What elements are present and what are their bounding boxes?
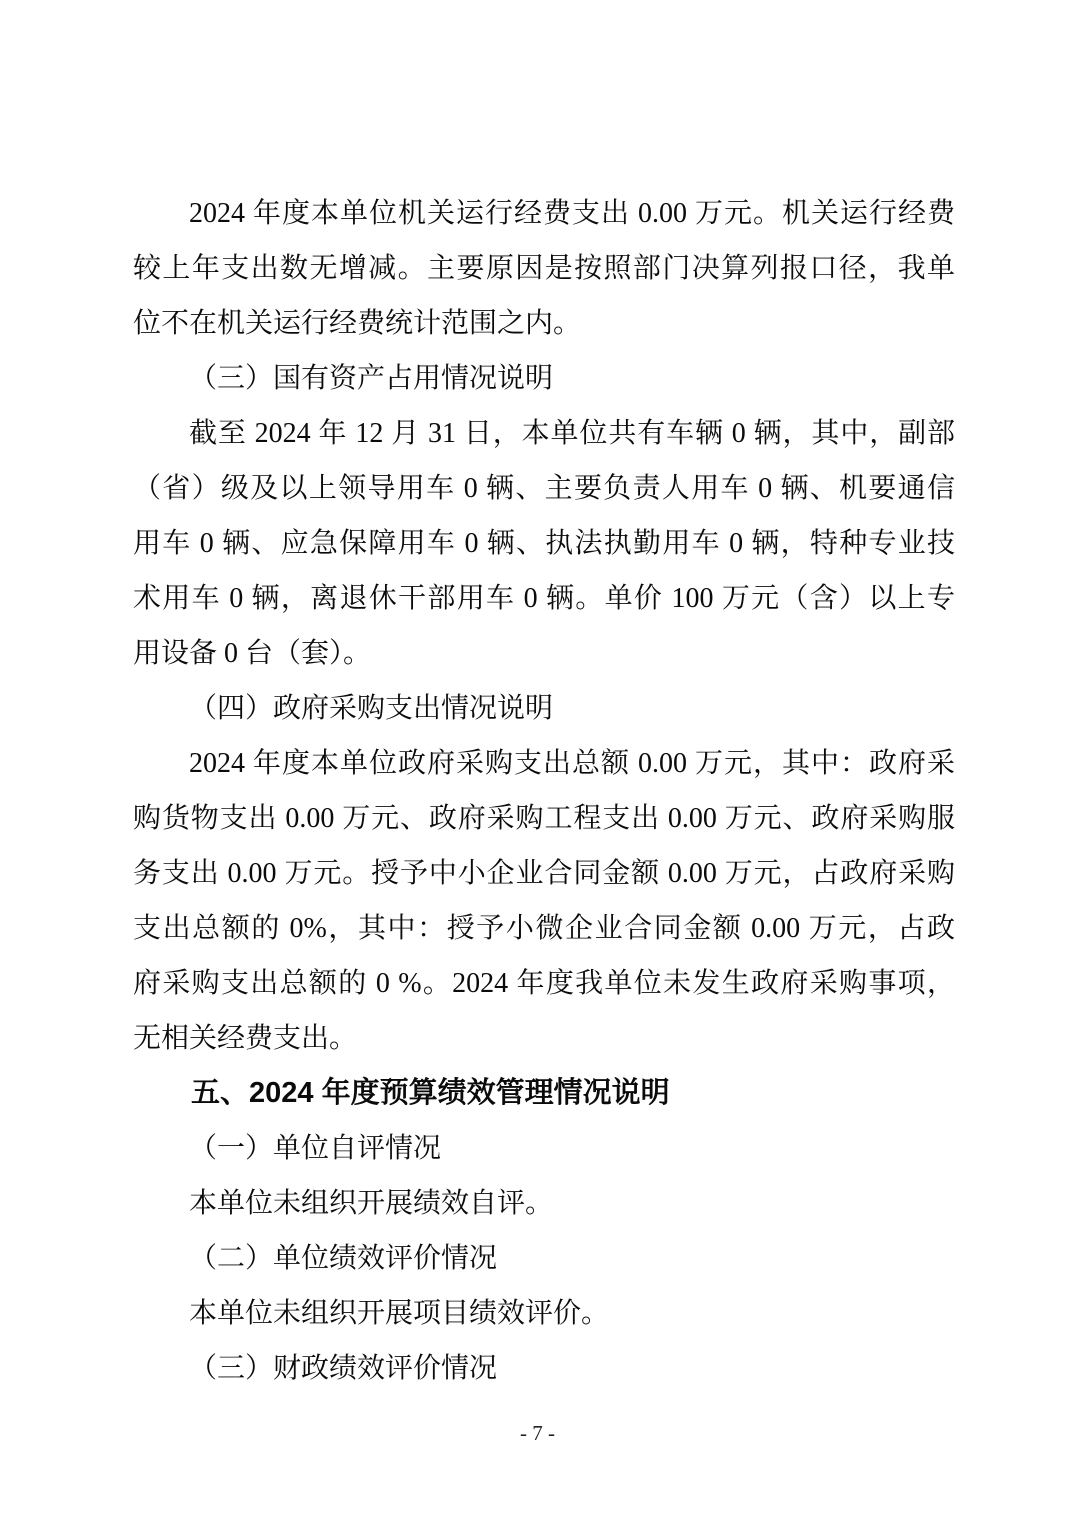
- subsection-heading: （二）单位绩效评价情况: [133, 1231, 955, 1286]
- doc-line: 支出总额的 0%，其中：授予小微企业合同金额 0.00 万元，占政: [133, 901, 955, 956]
- doc-line: 用车 0 辆、应急保障用车 0 辆、执法执勤用车 0 辆，特种专业技: [133, 516, 955, 571]
- doc-line: 2024 年度本单位政府采购支出总额 0.00 万元，其中：政府采: [133, 736, 955, 791]
- doc-line: 用设备 0 台（套）。: [133, 626, 955, 681]
- doc-line: 购货物支出 0.00 万元、政府采购工程支出 0.00 万元、政府采购服: [133, 791, 955, 846]
- doc-line: 位不在机关运行经费统计范围之内。: [133, 296, 955, 351]
- subsection-heading: （三）国有资产占用情况说明: [133, 351, 955, 406]
- doc-line: 本单位未组织开展项目绩效评价。: [133, 1286, 955, 1341]
- document-page: 2024 年度本单位机关运行经费支出 0.00 万元。机关运行经费 较上年支出数…: [0, 0, 1075, 1520]
- doc-line: （省）级及以上领导用车 0 辆、主要负责人用车 0 辆、机要通信: [133, 461, 955, 516]
- doc-line: 术用车 0 辆，离退休干部用车 0 辆。单价 100 万元（含）以上专: [133, 571, 955, 626]
- subsection-heading: （一）单位自评情况: [133, 1121, 955, 1176]
- doc-line: 府采购支出总额的 0 %。2024 年度我单位未发生政府采购事项，: [133, 956, 955, 1011]
- doc-line: 较上年支出数无增减。主要原因是按照部门决算列报口径，我单: [133, 241, 955, 296]
- page-number: - 7 -: [0, 1418, 1075, 1448]
- doc-line: 截至 2024 年 12 月 31 日，本单位共有车辆 0 辆，其中，副部: [133, 406, 955, 461]
- doc-line: 无相关经费支出。: [133, 1011, 955, 1066]
- doc-line: 务支出 0.00 万元。授予中小企业合同金额 0.00 万元，占政府采购: [133, 846, 955, 901]
- subsection-heading: （四）政府采购支出情况说明: [133, 681, 955, 736]
- section-heading-5: 五、2024 年度预算绩效管理情况说明: [133, 1066, 955, 1121]
- doc-line: 本单位未组织开展绩效自评。: [133, 1176, 955, 1231]
- doc-line: 2024 年度本单位机关运行经费支出 0.00 万元。机关运行经费: [133, 186, 955, 241]
- subsection-heading: （三）财政绩效评价情况: [133, 1341, 955, 1396]
